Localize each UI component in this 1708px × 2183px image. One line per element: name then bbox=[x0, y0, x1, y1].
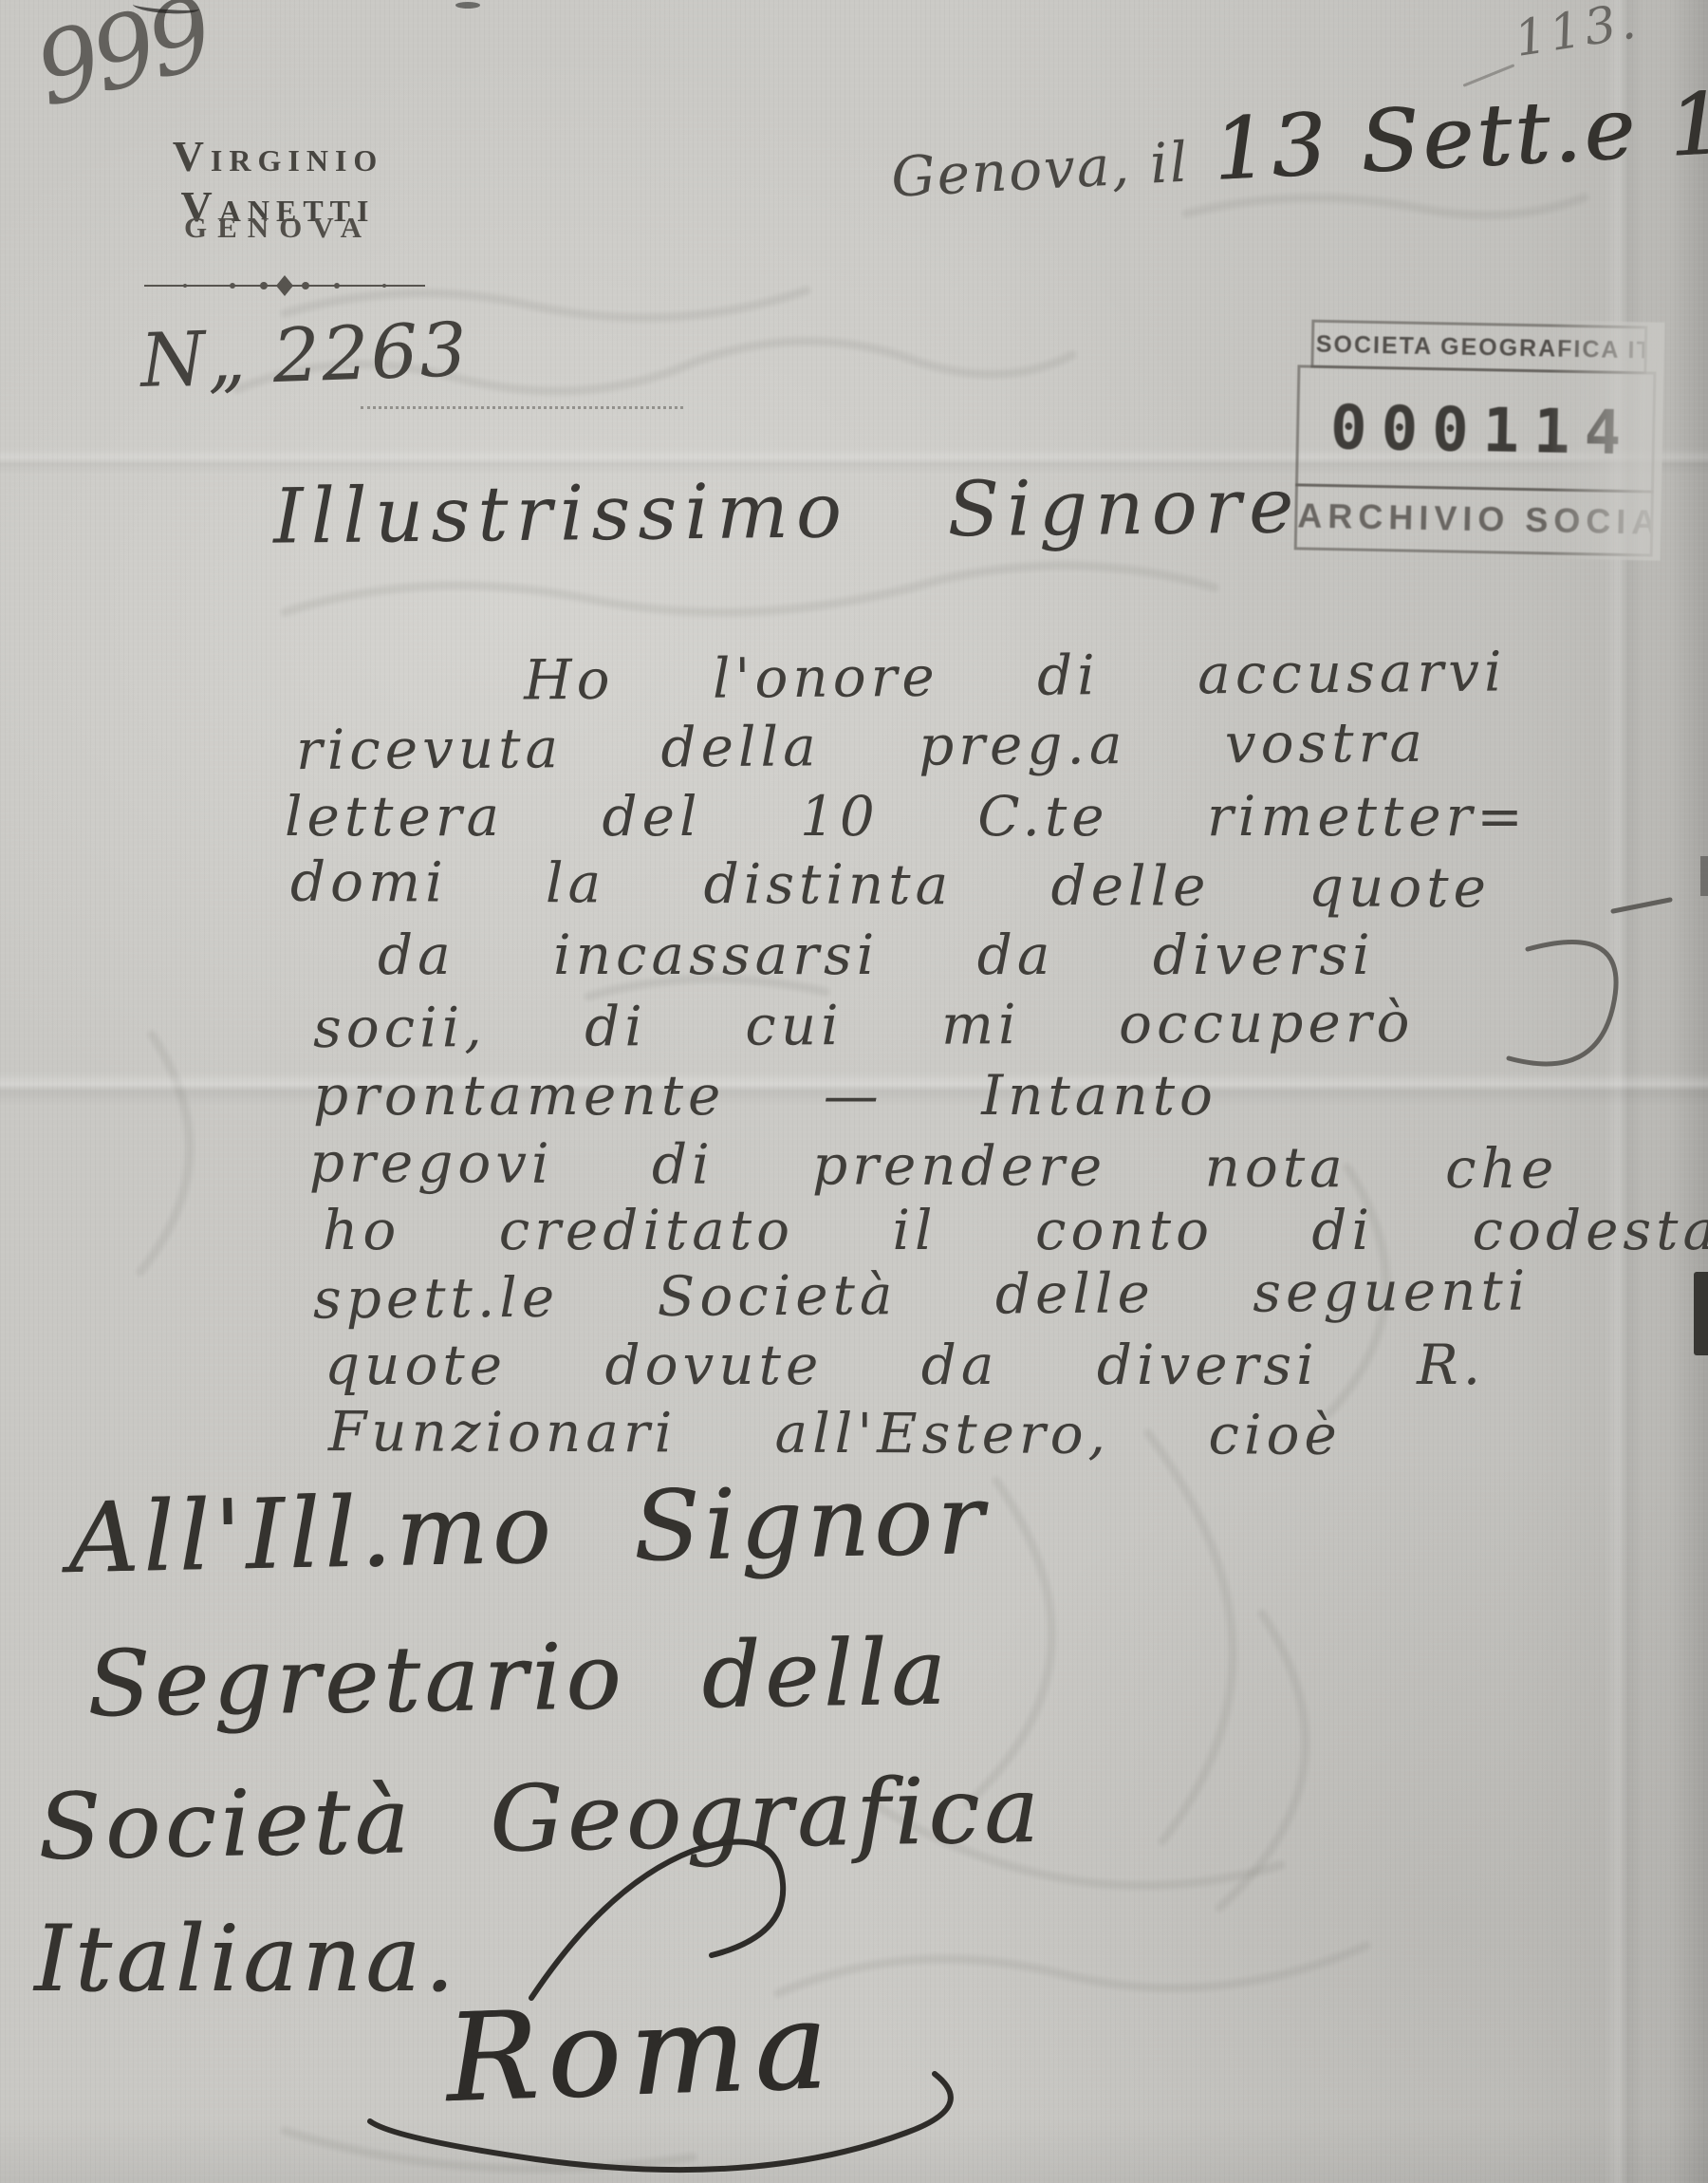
scanned-letter-page: 999 113. Virginio Vanetti GENOVA N„ 2263… bbox=[0, 0, 1708, 2183]
scan-edge-mark bbox=[1700, 856, 1708, 896]
scan-edge-mark bbox=[1694, 1272, 1708, 1355]
scan-edge-mark bbox=[455, 2, 480, 9]
signature-flourish bbox=[0, 0, 1708, 2183]
